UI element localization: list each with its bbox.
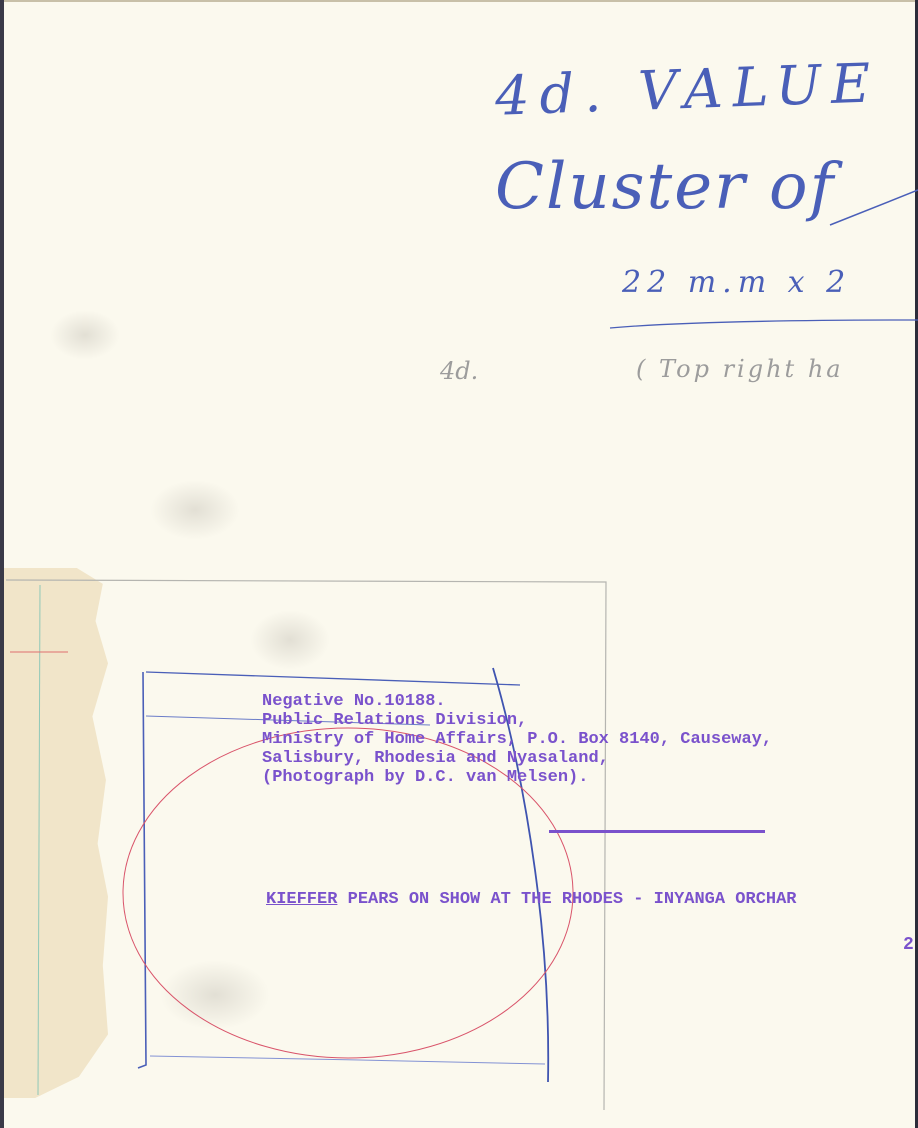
handwritten-dimensions: 22 m.m x 2 — [622, 265, 851, 300]
pencil-note-denomination: 4d. — [440, 357, 478, 385]
typed-line-negative: Negative No.10188. — [262, 692, 772, 711]
photo-back-sheet: 4d. VALUE Cluster of 22 m.m x 2 4d. ( To… — [0, 0, 918, 1128]
caption-text: PEARS ON SHOW AT THE RHODES - INYANGA OR… — [337, 890, 796, 909]
typed-line-location: Salisbury, Rhodesia and Nyasaland, — [262, 749, 772, 768]
caption-keyword: KIEFFER — [266, 890, 337, 909]
page-marker: 2 — [903, 935, 914, 955]
pencil-note-position: ( Top right ha — [636, 355, 844, 383]
typed-subject-caption: KIEFFER PEARS ON SHOW AT THE RHODES - IN… — [266, 890, 797, 909]
typed-credit-block: Negative No.10188.Public Relations Divis… — [262, 692, 772, 787]
typed-line-photographer: (Photograph by D.C. van Melsen). — [262, 768, 772, 787]
handwritten-value-heading: 4d. VALUE — [494, 51, 881, 127]
typed-line-division: Public Relations Division, — [262, 711, 772, 730]
handwritten-subject-line: Cluster of — [495, 150, 835, 224]
typed-line-ministry: Ministry of Home Affairs, P.O. Box 8140,… — [262, 730, 772, 749]
typed-divider-rule — [549, 830, 765, 833]
